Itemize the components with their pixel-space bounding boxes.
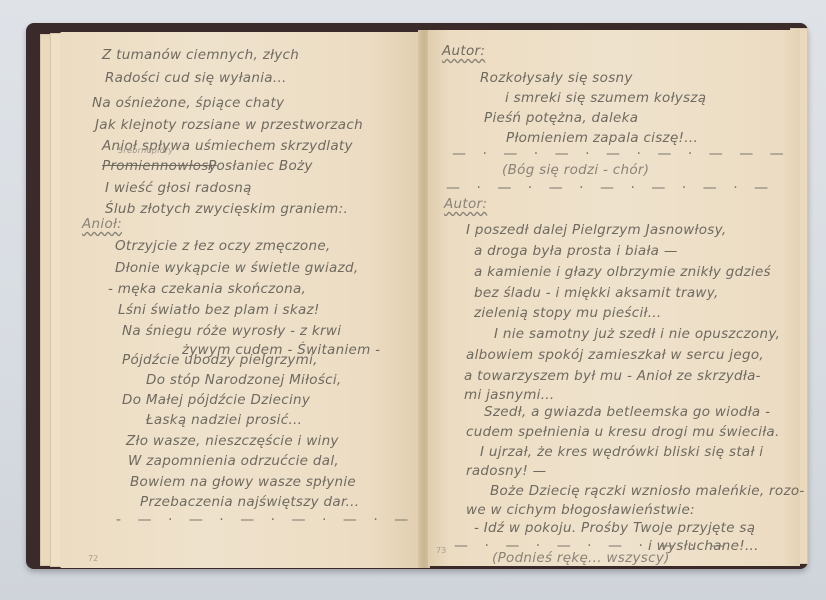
separator-line: — · — · — · — · — · — — — [452,146,790,162]
prose-line: Boże Dziecię rączki wzniosło maleńkie, r… [490,483,805,499]
prose-line: I ujrzał, że kres wędrówki bliski się st… [480,444,763,460]
poem-line: Przebaczenia najświętszy dar... [140,494,359,510]
poem-line: Płomieniem zapala ciszę!... [506,130,698,146]
poem-line: Radości cud się wyłania... [105,70,287,86]
prose-line: - Idź w pokoju. Prośby Twoje przyjęte są [474,520,755,536]
prose-line: I nie samotny już szedł i nie opuszczony… [494,326,780,342]
prose-line: zielenią stopy mu pieścił... [474,305,662,321]
speaker-label: Anioł: [82,216,122,232]
poem-line: Ślub złotych zwycięskim graniem:. [105,201,348,217]
poem-line: Zło wasze, nieszczęście i winy [126,433,339,449]
poem-line: Lśni światło bez plam i skaz! [118,302,320,318]
speaker-label: Autor: [442,43,485,59]
page-number: 73 [436,546,446,555]
struck-word: Promiennowłosy [102,158,217,174]
prose-line: a droga była prosta i biała — [474,243,678,259]
poem-line: I wieść głosi radosną [105,180,252,196]
prose-line: radosny! — [466,463,546,479]
stage-direction: (Bóg się rodzi - chór) [502,162,649,178]
prose-line: Szedł, a gwiazda betleemska go wiodła - [484,404,770,420]
poem-line: Pójdźcie ubodzy pielgrzymi, [122,352,318,368]
poem-line: Do Małej pójdźcie Dzieciny [122,392,310,408]
stage-direction: (Podnieś rękę... wszyscy) [492,550,670,566]
poem-line: Do stóp Narodzonej Miłości, [146,372,342,388]
poem-line: Jak klejnoty rozsiane w przestworzach [95,117,363,133]
poem-line: i smreki się szumem kołyszą [505,90,706,106]
prose-line: bez śladu - i miękki aksamit trawy, [474,285,719,301]
poem-line: Z tumanów ciemnych, złych [102,47,299,63]
prose-line: we w cichym błogosławieństwie: [466,502,695,518]
poem-line-struck: Promiennowłosy [102,158,217,174]
separator-line: - — · — · — · — · — · — [116,512,414,528]
poem-line: Pieśń potężna, daleka [484,110,638,126]
poem-line: Na ośnieżone, śpiące chaty [92,95,284,111]
poem-line: Posłaniec Boży [208,158,313,174]
poem-line: Dłonie wykąpcie w świetle gwiazd, [115,260,358,276]
poem-line: - męka czekania skończona, [108,281,306,297]
poem-line: Na śniegu róże wyrosły - z krwi [122,323,341,339]
prose-line: I poszedł dalej Pielgrzym Jasnowłosy, [466,222,726,238]
separator-line: — · — · — · — · — · — · — [446,180,774,196]
page-number: 72 [88,554,98,563]
correction-note: Srebrnopióry [118,146,173,155]
prose-line: a towarzyszem był mu - Anioł ze skrzydła… [464,368,761,384]
poem-line: W zapomnienia odrzućcie dal, [128,453,339,469]
prose-line: mi jasnymi... [464,387,554,403]
prose-line: cudem spełnienia u kresu drogi mu świeci… [466,424,780,440]
poem-line: Łaską nadziei prosić... [146,412,302,428]
poem-line: Rozkołysały się sosny [480,70,633,86]
prose-line: albowiem spokój zamieszkał w sercu jego, [466,347,764,363]
speaker-label: Autor: [444,196,487,212]
poem-line: Otrzyjcie z łez oczy zmęczone, [115,238,331,254]
prose-line: a kamienie i głazy olbrzymie znikły gdzi… [474,264,771,280]
poem-line: Bowiem na głowy wasze spłynie [130,474,356,490]
